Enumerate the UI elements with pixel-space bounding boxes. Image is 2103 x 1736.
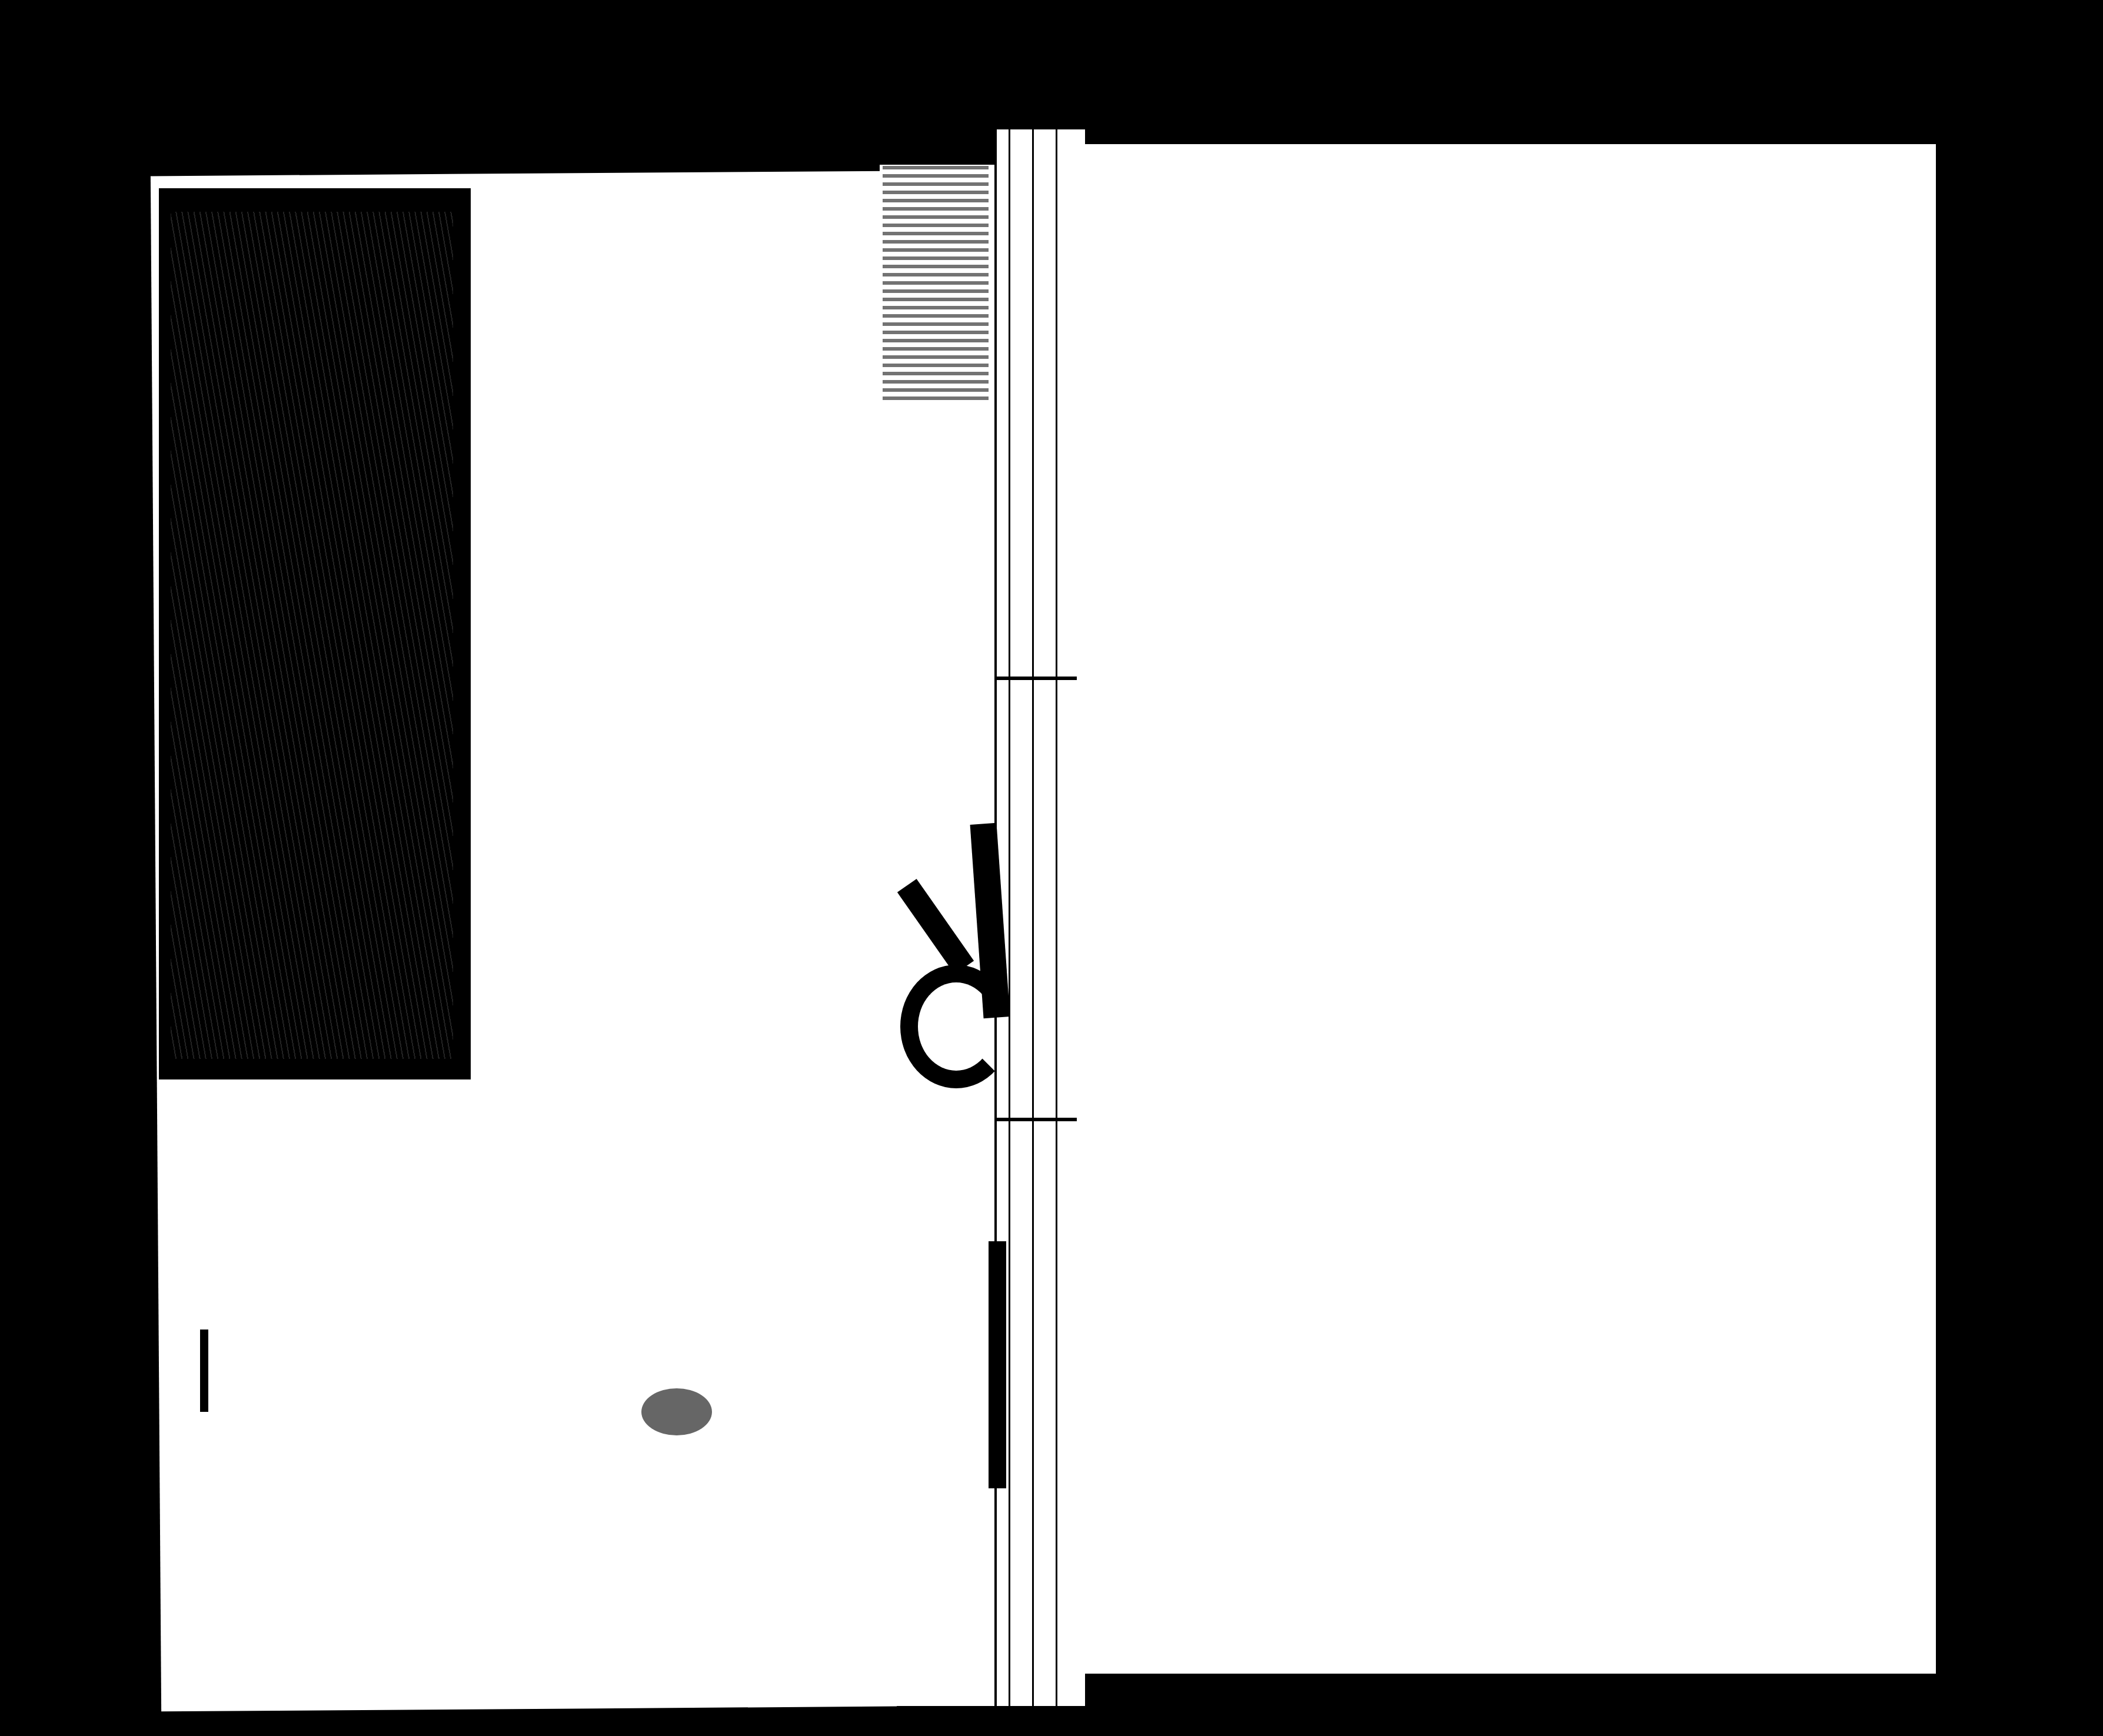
spine-wear (883, 165, 989, 400)
spine-character-mark (889, 812, 1018, 1059)
right-cover (1077, 144, 1936, 1674)
label-texture (171, 212, 453, 1059)
binding-tie (997, 677, 1085, 680)
binding-line (1056, 129, 1057, 1706)
binding-line (1032, 129, 1034, 1706)
binding-tie (997, 1118, 1085, 1121)
spine-dark-strip (989, 1241, 1006, 1488)
left-cover-mark (200, 1330, 208, 1412)
stain (641, 1388, 712, 1435)
title-label-dark (159, 188, 471, 1079)
